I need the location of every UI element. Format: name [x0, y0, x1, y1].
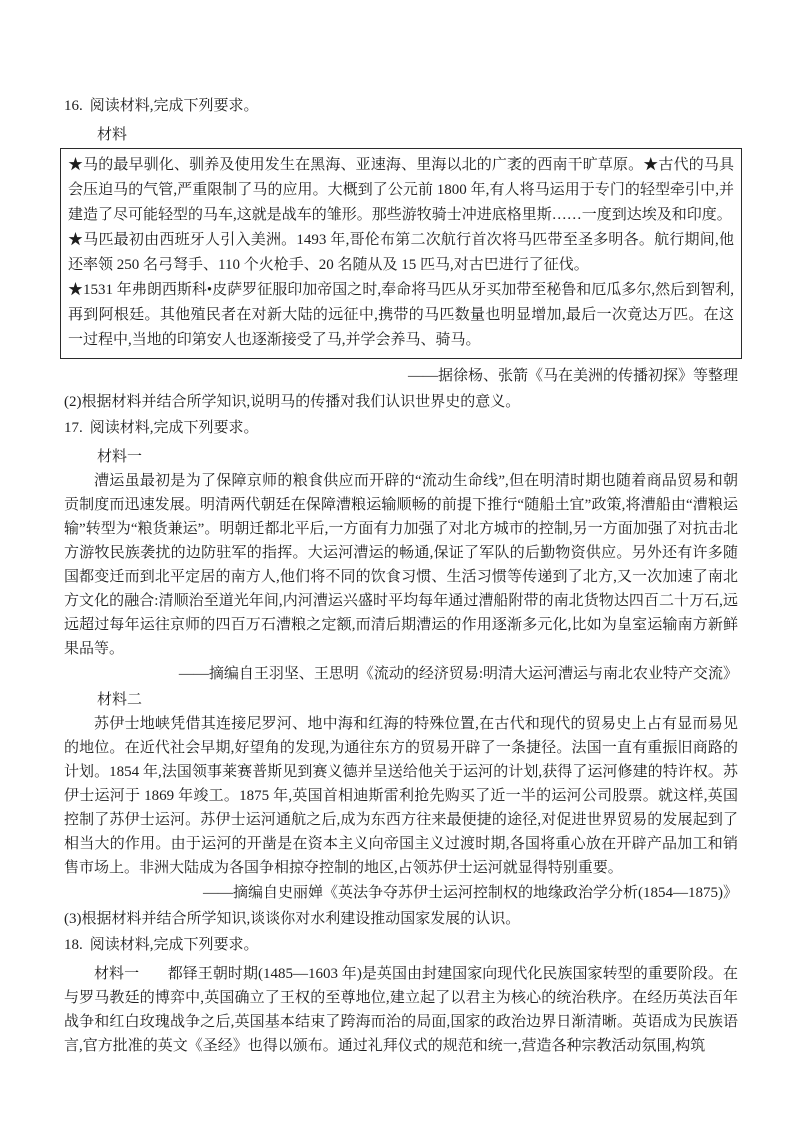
question-16-stem: 阅读材料,完成下列要求。 [90, 98, 259, 114]
question-17-number: 17. [64, 420, 83, 436]
question-16-number: 16. [64, 98, 83, 114]
question-18-stem: 阅读材料,完成下列要求。 [90, 937, 259, 953]
q17-material-2-label: 材料二 [64, 688, 738, 712]
q16-material-box: ★马的最早驯化、驯养及使用发生在黑海、亚速海、里海以北的广袤的西南干旷草原。★古… [60, 148, 742, 359]
q17-sub-question-3: (3)根据材料并结合所学知识,谈谈你对水利建设推动国家发展的认识。 [64, 907, 738, 931]
exam-content: 16.阅读材料,完成下列要求。 材料 ★马的最早驯化、驯养及使用发生在黑海、亚速… [64, 94, 738, 1058]
question-16-stem-line: 16.阅读材料,完成下列要求。 [64, 94, 738, 118]
q18-material-1-label: 材料一 [94, 966, 139, 982]
q18-material-1-paragraph: 材料一都铎王朝时期(1485—1603 年)是英国由封建国家向现代化民族国家转型… [64, 962, 738, 1058]
question-18-number: 18. [64, 937, 83, 953]
question-17-stem-line: 17.阅读材料,完成下列要求。 [64, 416, 738, 440]
exam-page: 16.阅读材料,完成下列要求。 材料 ★马的最早驯化、驯养及使用发生在黑海、亚速… [0, 0, 800, 1132]
q17-material-2-text: 苏伊士地峡凭借其连接尼罗河、地中海和红海的特殊位置,在古代和现代的贸易史上占有显… [64, 712, 738, 880]
question-18-stem-line: 18.阅读材料,完成下列要求。 [64, 933, 738, 957]
q17-material-1-source: ——摘编自王羽坚、王思明《流动的经济贸易:明清大运河漕运与南北农业特产交流》 [64, 661, 738, 687]
question-17-stem: 阅读材料,完成下列要求。 [90, 420, 259, 436]
q17-material-2-source: ——摘编自史丽婵《英法争夺苏伊士运河控制权的地缘政治学分析(1854—1875)… [64, 880, 738, 906]
q16-source-attribution: ——据徐杨、张箭《马在美洲的传播初探》等整理 [64, 363, 738, 389]
q16-sub-question-2: (2)根据材料并结合所学知识,说明马的传播对我们认识世界史的意义。 [64, 390, 738, 414]
q16-box-paragraph-2: ★马匹最初由西班牙人引入美洲。1493 年,哥伦布第二次航行首次将马匹带至圣多明… [68, 228, 734, 278]
q17-material-1-text: 漕运虽最初是为了保障京师的粮食供应而开辟的“流动生命线”,但在明清时期也随着商品… [64, 469, 738, 661]
q16-material-label: 材料 [64, 123, 738, 147]
q16-box-paragraph-3: ★1531 年弗朗西斯科•皮萨罗征服印加帝国之时,奉命将马匹从牙买加带至秘鲁和厄… [68, 278, 734, 353]
q18-material-1-text: 都铎王朝时期(1485—1603 年)是英国由封建国家向现代化民族国家转型的重要… [64, 966, 738, 1054]
q16-box-paragraph-1: ★马的最早驯化、驯养及使用发生在黑海、亚速海、里海以北的广袤的西南干旷草原。★古… [68, 153, 734, 228]
q17-material-1-label: 材料一 [64, 445, 738, 469]
